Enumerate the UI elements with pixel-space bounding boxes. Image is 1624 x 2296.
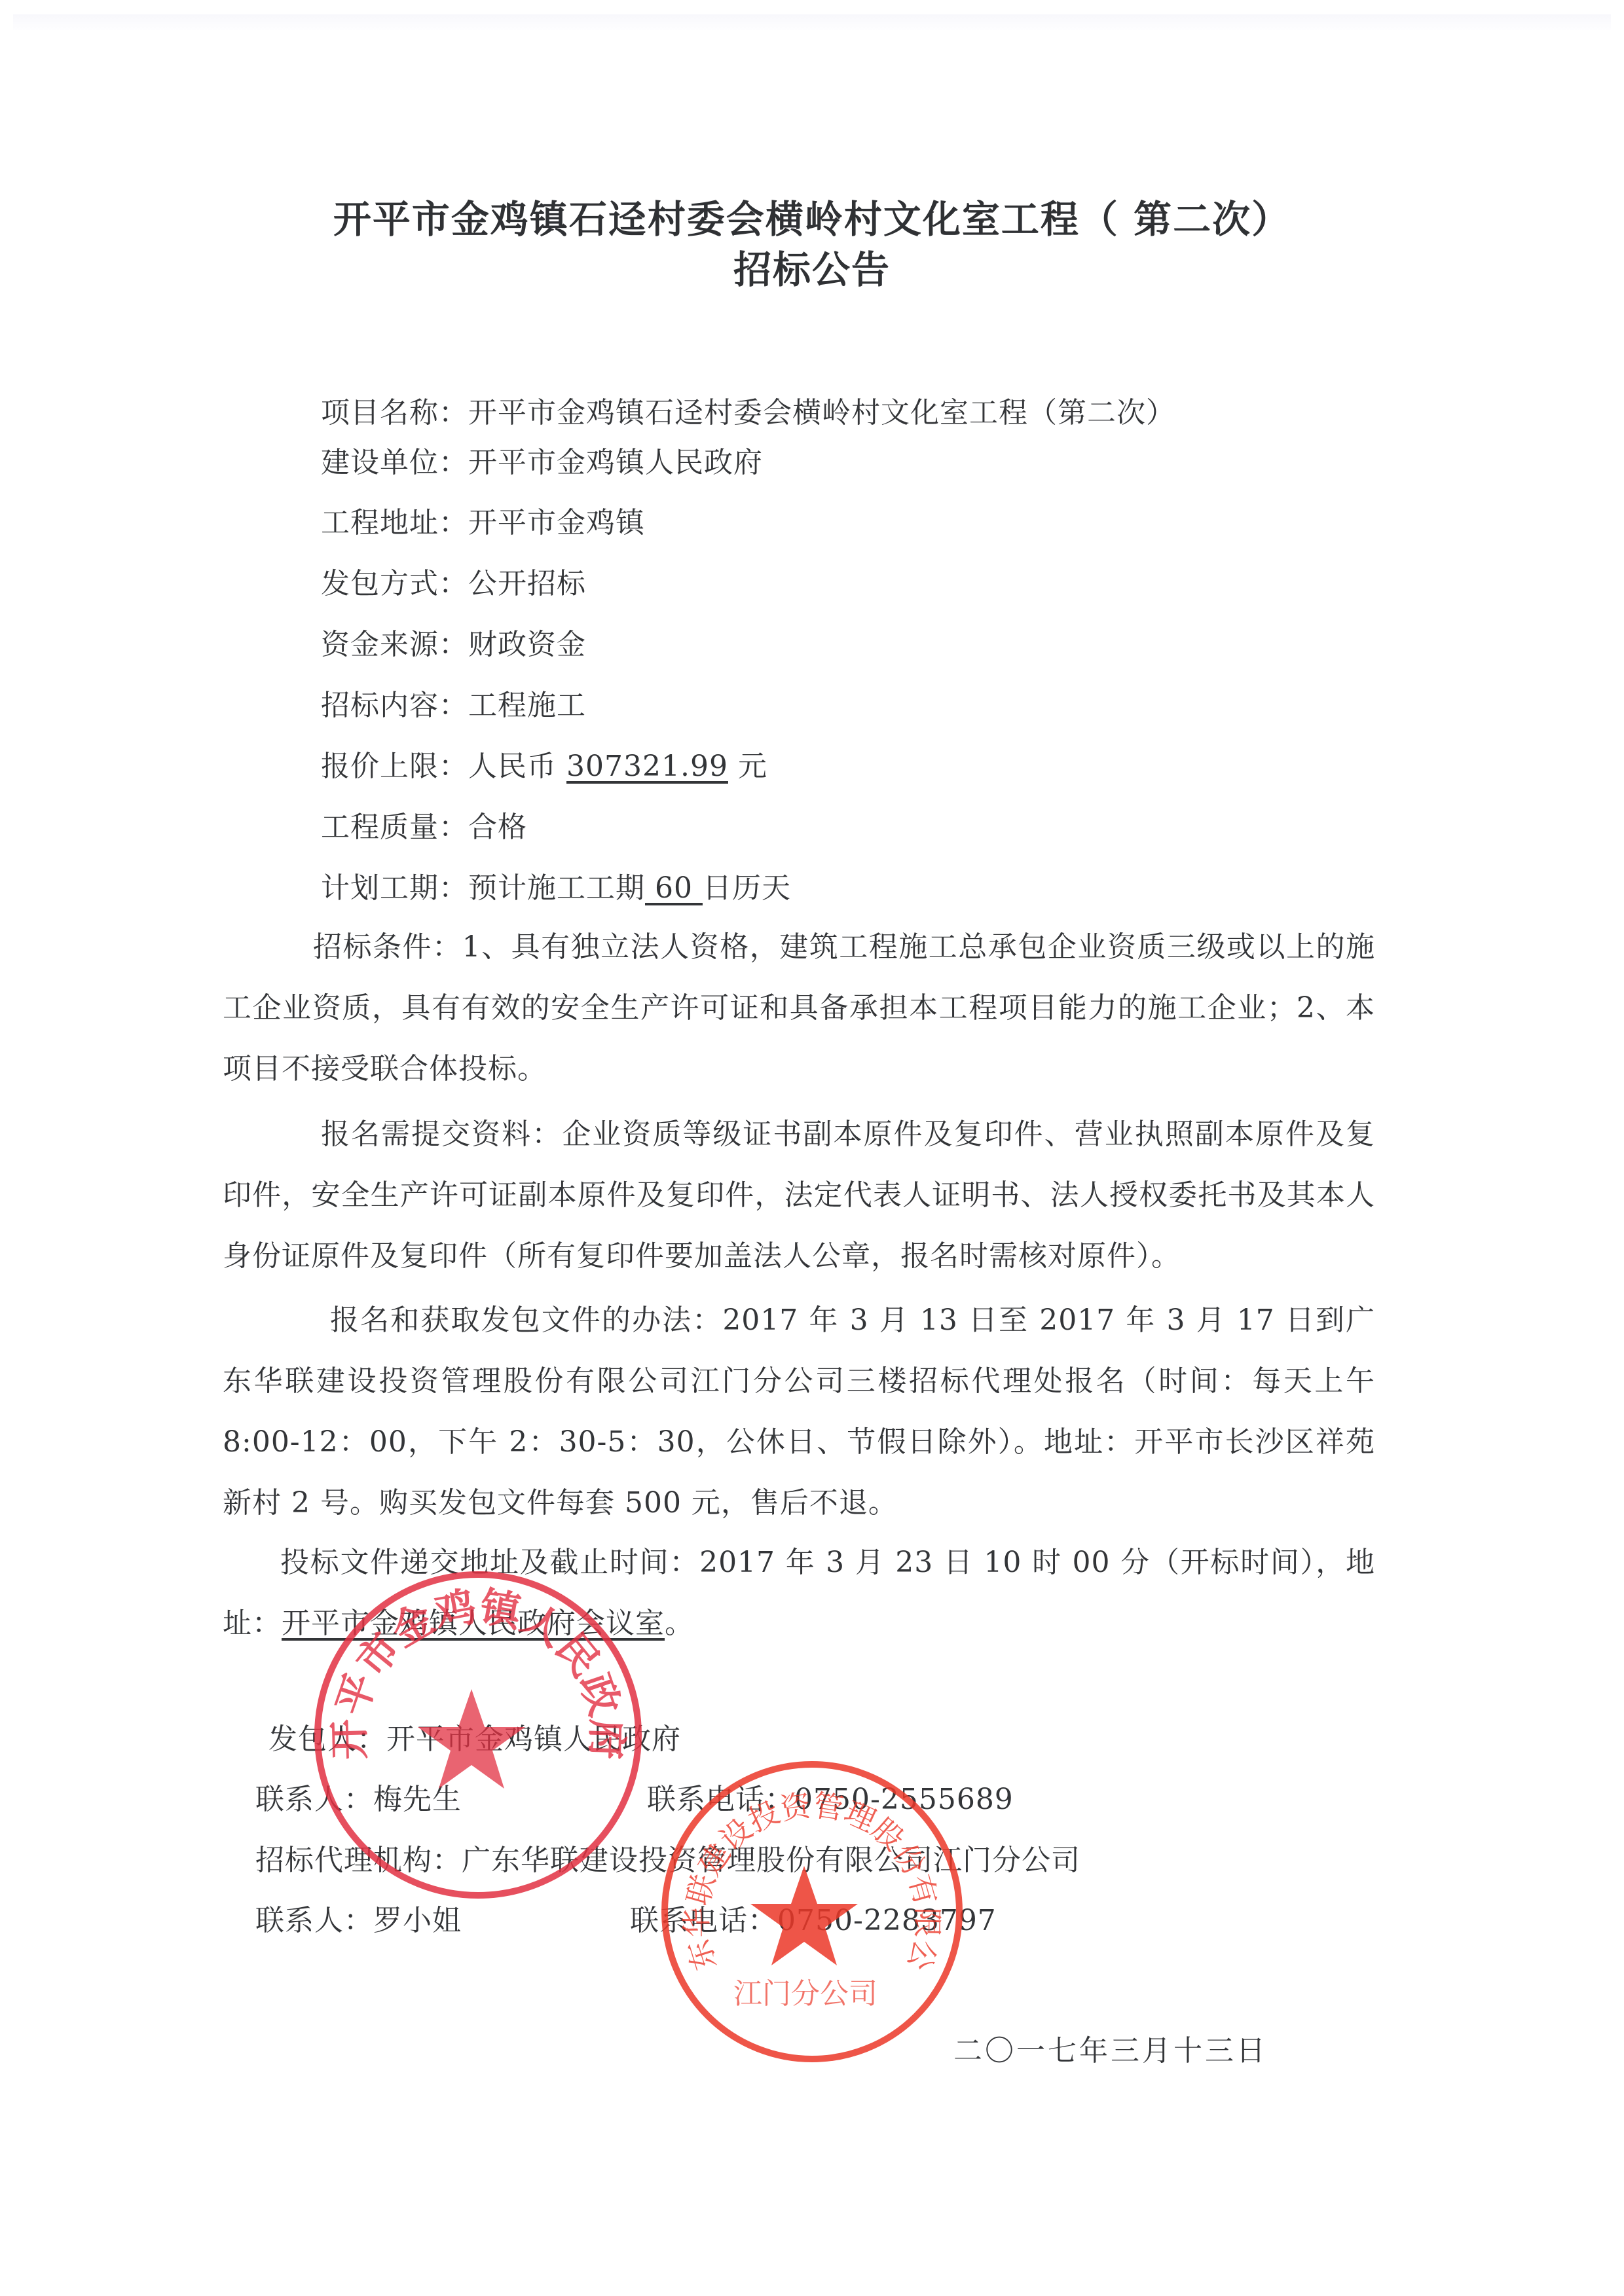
- agency-name: 广东华联建设投资管理股份有限公司江门分公司: [462, 1844, 1080, 1877]
- issuer-contact-name: 梅先生: [373, 1783, 462, 1816]
- svg-text:江门分公司: 江门分公司: [733, 1977, 877, 2011]
- submission-address: 开平市金鸡镇人民政府会议室: [282, 1607, 665, 1640]
- field-project-name: 项目名称：开平市金鸡镇石迳村委会横岭村文化室工程（第二次）: [321, 389, 1175, 431]
- field-value: 公开招标: [468, 567, 586, 600]
- schedule-days: 60: [645, 871, 703, 905]
- issuer-name: 开平市金鸡镇人民政府: [386, 1722, 681, 1756]
- issuer-contact-line: 联系人：梅先生: [255, 1776, 462, 1817]
- agency-contact-label: 联系人：: [255, 1904, 373, 1937]
- field-project-address: 工程地址：开平市金鸡镇: [321, 499, 645, 541]
- field-quality: 工程质量：合格: [321, 803, 527, 845]
- field-schedule: 计划工期：预计施工工期 60 日历天: [321, 864, 791, 906]
- field-label: 建设单位：: [321, 446, 468, 479]
- document-subtitle: 招标公告: [0, 239, 1624, 294]
- agency-phone: 0750-2283797: [777, 1904, 997, 1937]
- paragraph-registration: 报名和获取发包文件的办法：2017 年 3 月 13 日至 2017 年 3 月…: [223, 1290, 1375, 1533]
- field-label: 工程地址：: [321, 506, 468, 539]
- field-label: 资金来源：: [321, 628, 468, 661]
- field-label: 工程质量：: [321, 811, 468, 844]
- issuer-phone: 0750-2555689: [794, 1783, 1014, 1816]
- field-value-prefix: 预计施工工期: [468, 871, 645, 905]
- agency-phone-label: 联系电话：: [630, 1904, 777, 1937]
- field-tender-content: 招标内容：工程施工: [321, 682, 586, 723]
- field-label: 计划工期：: [321, 871, 468, 905]
- field-value: 合格: [468, 811, 527, 844]
- field-construction-unit: 建设单位：开平市金鸡镇人民政府: [321, 439, 763, 481]
- field-label: 报价上限：: [321, 750, 468, 783]
- field-value: 财政资金: [468, 628, 586, 661]
- field-contract-method: 发包方式：公开招标: [321, 560, 586, 602]
- agency-contact-line: 联系人：罗小姐: [255, 1897, 462, 1939]
- field-label: 发包方式：: [321, 567, 468, 600]
- agency-line: 招标代理机构：广东华联建设投资管理股份有限公司江门分公司: [255, 1836, 1080, 1878]
- field-value-prefix: 人民币: [468, 750, 566, 783]
- paragraph-submission: 投标文件递交地址及截止时间：2017 年 3 月 23 日 10 时 00 分（…: [223, 1532, 1375, 1654]
- agency-contact-name: 罗小姐: [373, 1904, 462, 1937]
- field-value-suffix: 日历天: [703, 871, 791, 905]
- issuer-phone-label: 联系电话：: [647, 1783, 794, 1816]
- paragraph-tender-conditions: 招标条件：1、具有独立法人资格，建筑工程施工总承包企业资质三级或以上的施工企业资…: [223, 917, 1375, 1099]
- field-label: 项目名称：: [321, 396, 468, 429]
- agency-label: 招标代理机构：: [255, 1844, 462, 1877]
- field-value: 工程施工: [468, 689, 586, 722]
- field-value: 开平市金鸡镇人民政府: [468, 446, 763, 479]
- field-fund-source: 资金来源：财政资金: [321, 621, 586, 663]
- paragraph-required-materials: 报名需提交资料：企业资质等级证书副本原件及复印件、营业执照副本原件及复印件，安全…: [223, 1104, 1375, 1286]
- scan-edge-artifact: [13, 14, 1611, 30]
- price-cap-amount: 307321.99: [566, 750, 728, 783]
- field-price-cap: 报价上限：人民币 307321.99 元: [321, 742, 767, 784]
- issue-date: 二〇一七年三月十三日: [953, 2027, 1268, 2069]
- field-value: 开平市金鸡镇石迳村委会横岭村文化室工程（第二次）: [468, 396, 1175, 429]
- field-label: 招标内容：: [321, 689, 468, 722]
- document-title: 开平市金鸡镇石迳村委会横岭村文化室工程（ 第二次）: [0, 189, 1624, 244]
- submission-end: 。: [665, 1607, 694, 1640]
- agency-phone-line: 联系电话：0750-2283797: [630, 1897, 997, 1939]
- field-value-suffix: 元: [728, 750, 767, 783]
- field-value: 开平市金鸡镇: [468, 506, 645, 539]
- issuer-phone-line: 联系电话：0750-2555689: [647, 1776, 1014, 1817]
- issuer-contact-label: 联系人：: [255, 1783, 373, 1816]
- issuer-line: 发包人：开平市金鸡镇人民政府: [268, 1715, 681, 1757]
- issuer-label: 发包人：: [268, 1722, 386, 1756]
